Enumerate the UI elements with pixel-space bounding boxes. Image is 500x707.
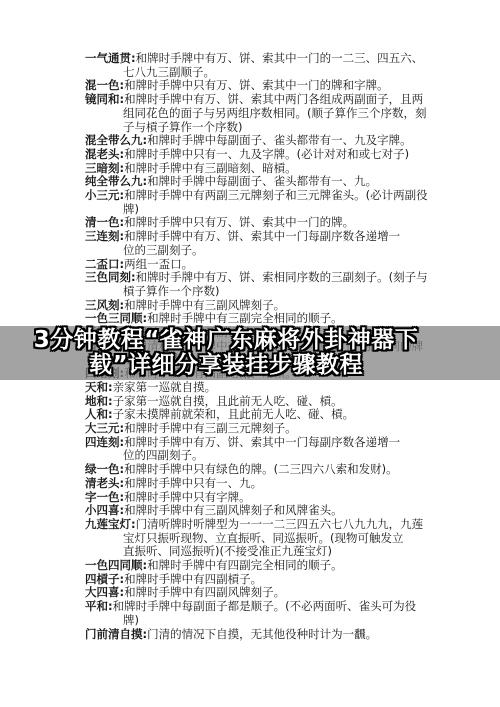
rule-entry: 三风刻:和牌时手牌中有三副风牌刻子。	[85, 299, 445, 313]
rule-label: 四连刻:	[85, 435, 124, 449]
rule-label: 门前清自摸:	[85, 627, 147, 641]
rule-entry: 三色同刻:和牌时手牌中有万、饼、索相同序数的三副刻子。(刻子与槓子算作一个序数)	[85, 271, 445, 298]
rule-label: 九莲宝灯:	[85, 517, 136, 531]
rule-label: 小四喜:	[85, 503, 124, 517]
rule-entry: 大三元:和牌时手牌中有三副三元牌刻子。	[85, 422, 445, 436]
rule-label: 清老头:	[85, 476, 124, 490]
rule-entry: 人和:子家未摸牌前就荣和，且此前无人吃、碰、槓。	[85, 408, 445, 422]
rule-entry: 字一色:和牌时手牌中只有字牌。	[85, 491, 445, 505]
rule-label: 大四喜:	[85, 585, 124, 599]
rule-entry: 四连刻:和牌时手牌中有万、饼、索其中一门每副序数各递增一位的四副刻子。	[85, 436, 445, 463]
rule-label: 混全带么九:	[85, 133, 147, 147]
rule-label: 纯全带么九:	[85, 174, 147, 188]
rule-entry: 平和:和牌时手牌中每副面子都是顺子。(不必两面听、雀头可为役牌)	[85, 600, 445, 627]
rule-entry: 小三元:和牌时手牌中有两副三元牌刻子和三元牌雀头。(必计两副役牌)	[85, 189, 445, 216]
rule-entry: 三连刻:和牌时手牌中有万、饼、索其中一门每副序数各递增一位的三副刻子。	[85, 230, 445, 257]
rule-entry: 天和:亲家第一巡就自摸。	[85, 381, 445, 395]
rule-entry: 纯全带么九:和牌时手牌中每副面子、雀头都带有一、九。	[85, 175, 445, 189]
rule-label: 清一色:	[85, 215, 124, 229]
watermark-line-1: 3分钟教程“雀神广东麻将外卦神器下	[0, 328, 452, 353]
rule-label: 三暗刻:	[85, 161, 124, 175]
rule-entry: 混全带么九:和牌时手牌中每副面子、雀头都带有一、九及字牌。	[85, 134, 445, 148]
rule-entry: 大四喜:和牌时手牌中有四副风牌刻子。	[85, 586, 445, 600]
rule-label: 字一色:	[85, 490, 124, 504]
rule-label: 混老头:	[85, 147, 124, 161]
rule-label: 混一色:	[85, 78, 124, 92]
rule-label: 二盃口:	[85, 257, 124, 271]
rule-entry: 小四喜:和牌时手牌中有三副风牌刻子和风牌雀头。	[85, 504, 445, 518]
rule-entry: 混一色:和牌时手牌中只有万、饼、索其中一门的牌和字牌。	[85, 79, 445, 93]
rule-entry: 一色四同顺:和牌时手牌中有四副完全相同的顺子。	[85, 559, 445, 573]
rule-label: 一色三同顺:	[85, 311, 147, 325]
rule-label: 地和:	[85, 394, 113, 408]
rule-label: 三风刻:	[85, 298, 124, 312]
rule-entry: 一色三同顺:和牌时手牌中有三副完全相同的顺子。	[85, 312, 445, 326]
rule-entry: 混老头:和牌时手牌中只有一、九及字牌。(必计对对和或七对子)	[85, 148, 445, 162]
rule-label: 三连刻:	[85, 229, 124, 243]
watermark-line-2: 载”详细分享装挂步骤教程	[0, 353, 452, 378]
rule-entry: 四槓子:和牌时手牌中有四副槓子。	[85, 573, 445, 587]
watermark-overlay: 3分钟教程“雀神广东麻将外卦神器下 载”详细分享装挂步骤教程	[0, 328, 452, 378]
rule-label: 天和:	[85, 380, 113, 394]
rule-label: 小三元:	[85, 188, 124, 202]
rule-entry: 清老头:和牌时手牌中只有一、九。	[85, 477, 445, 491]
rule-entry: 地和:子家第一巡就自摸，且此前无人吃、碰、槓。	[85, 395, 445, 409]
rule-label: 四槓子:	[85, 572, 124, 586]
page: 一气通贯:和牌时手牌中有万、饼、索其中一门的一二三、四五六、七八九三副顺子。混一…	[0, 0, 500, 707]
rule-entry: 三暗刻:和牌时手牌中有三副暗刻、暗槓。	[85, 162, 445, 176]
rule-label: 绿一色:	[85, 462, 124, 476]
rule-label: 镜同和:	[85, 92, 124, 106]
rule-entry: 镜同和:和牌时手牌中有万、饼、索其中两门各组成两副面子，且两组同花色的面子与另两…	[85, 93, 445, 134]
rule-label: 一气通贯:	[85, 51, 136, 65]
rule-entry: 门前清自摸:门清的情况下自摸，无其他役种时计为一飜。	[85, 628, 445, 642]
rule-label: 一色四同顺:	[85, 558, 147, 572]
rule-entry: 九莲宝灯:门清听牌时听牌型为一一一二三四五六七八九九九，九莲宝灯只振听现物、立直…	[85, 518, 445, 559]
rule-label: 大三元:	[85, 421, 124, 435]
rule-entry: 二盃口:两组一盃口。	[85, 258, 445, 272]
rule-label: 人和:	[85, 407, 113, 421]
rule-entry: 一气通贯:和牌时手牌中有万、饼、索其中一门的一二三、四五六、七八九三副顺子。	[85, 52, 445, 79]
rule-entry: 清一色:和牌时手牌中只有万、饼、索其中一门的牌。	[85, 216, 445, 230]
rule-label: 平和:	[85, 599, 113, 613]
rule-label: 三色同刻:	[85, 270, 136, 284]
rule-entry: 绿一色:和牌时手牌中只有绿色的牌。(二三四六八索和发财)。	[85, 463, 445, 477]
